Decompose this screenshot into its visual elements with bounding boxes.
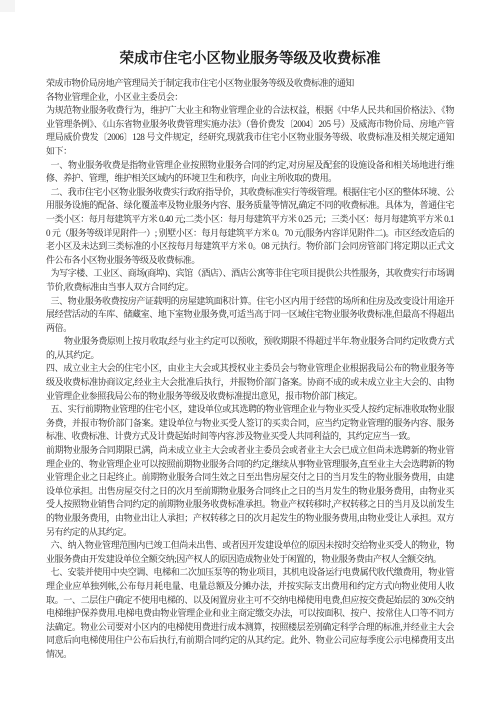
section-6-paragraph: 六、纳入物业管理范围内已竣工但尚未出售、或者因开发建设单位的原因未按时交给物业买…	[46, 539, 454, 566]
section-3-paragraph: 三、物业服务收费按房产证载明的房屋建筑面积计算。住宅小区内用于经营的场所和住房及…	[46, 295, 454, 336]
section-2-nonresidential-paragraph: 为写字楼、工业区、商场(商埠)、宾馆（酒店）、酒店公寓等非住宅项目提供公共性服务…	[46, 267, 454, 294]
section-5-paragraph: 五、实行前期物业管理的住宅小区，建设单位或其选聘的物业管理企业与物业买受人按约定…	[46, 403, 454, 444]
scan-corner-artifact	[0, 0, 15, 12]
section-5-early-contract-paragraph: 前期物业服务合同期限已满，尚未成立业主大会或者业主委员会或者业主大会已成立但尚未…	[46, 444, 454, 539]
document-title: 荣成市住宅小区物业服务等级及收费标准	[46, 50, 454, 68]
section-3-billing-paragraph: 物业服务费原则上按月收取,经与业主约定可以预收，预收期限不得超过半年.物业服务合…	[46, 335, 454, 362]
section-1-paragraph: 一、物业服务收费是指物业管理企业按照物业服务合同的约定,对房屋及配套的设施设备和…	[46, 159, 454, 186]
section-4-paragraph: 四、成立业主大会的住宅小区，由业主大会或其授权业主委员会与物业管理企业根据我局公…	[46, 362, 454, 403]
notice-subtitle: 荣成市物价局房地产管理局关于制定我市住宅小区物业服务等级及收费标准的通知	[46, 77, 454, 91]
section-7-paragraph: 七、安装并使用中央空调、电梯和二次加压泵等的物业项目，其机电设备运行电费属代收代…	[46, 566, 454, 661]
salutation-line: 各物业管理企业，小区业主委员会：	[46, 91, 454, 105]
section-2-paragraph: 二、我市住宅小区物业服务收费实行政府指导价，其收费标准实行等级管理。根据住宅小区…	[46, 186, 454, 268]
intro-paragraph: 为规范物业服务收费行为，维护广大业主和物业管理企业的合法权益，根据《中华人民共和…	[46, 104, 454, 158]
document-page: 荣成市住宅小区物业服务等级及收费标准 荣成市物价局房地产管理局关于制定我市住宅小…	[0, 0, 496, 702]
document-content: 荣成市住宅小区物业服务等级及收费标准 荣成市物价局房地产管理局关于制定我市住宅小…	[46, 50, 454, 662]
document-body: 荣成市物价局房地产管理局关于制定我市住宅小区物业服务等级及收费标准的通知 各物业…	[46, 77, 454, 662]
